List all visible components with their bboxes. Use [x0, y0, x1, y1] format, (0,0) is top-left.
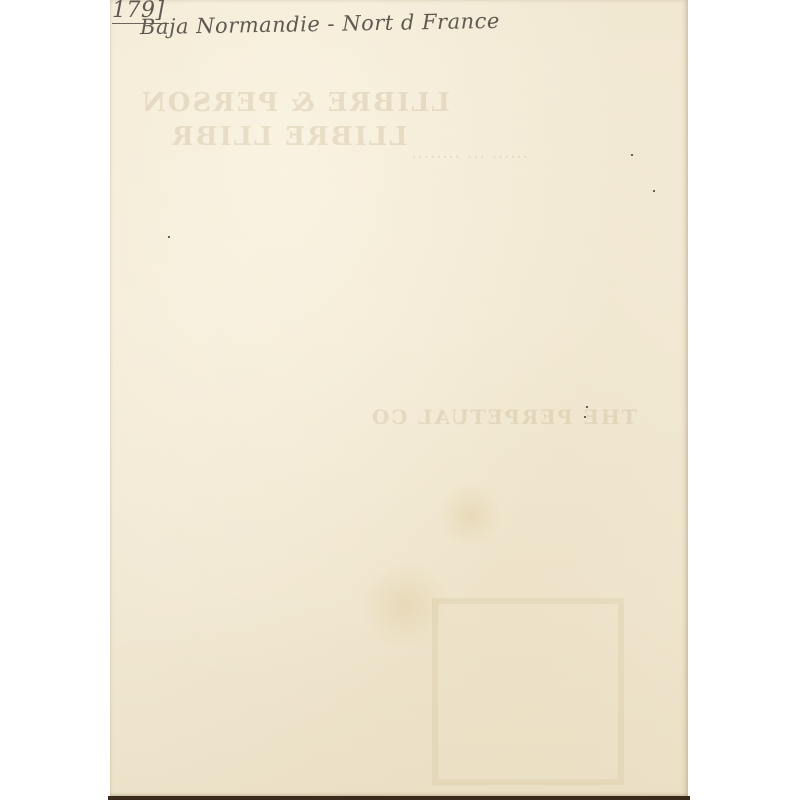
bleed-through-text: LLIBRE & PERSON: [140, 88, 450, 118]
paper-sheet: LLIBRE & PERSON LLIBRE LLIBR ······ ··· …: [110, 0, 688, 797]
scan-edge: [108, 796, 690, 800]
paper-stain: [440, 480, 500, 550]
bleed-through-text: ······ ··· ········: [410, 150, 527, 164]
paper-speck: [631, 154, 633, 156]
paper-speck: [584, 416, 586, 418]
handwritten-caption: Baja Normandie - Nort d France: [140, 9, 500, 39]
bleed-through-text: LLIBRE LLIBR: [170, 122, 407, 152]
paper-speck: [168, 236, 170, 238]
paper-speck: [586, 406, 588, 408]
paper-speck: [653, 190, 655, 192]
bleed-through-stamp: [432, 598, 624, 785]
bleed-through-text: THE PERPETUAL CO: [370, 405, 637, 429]
